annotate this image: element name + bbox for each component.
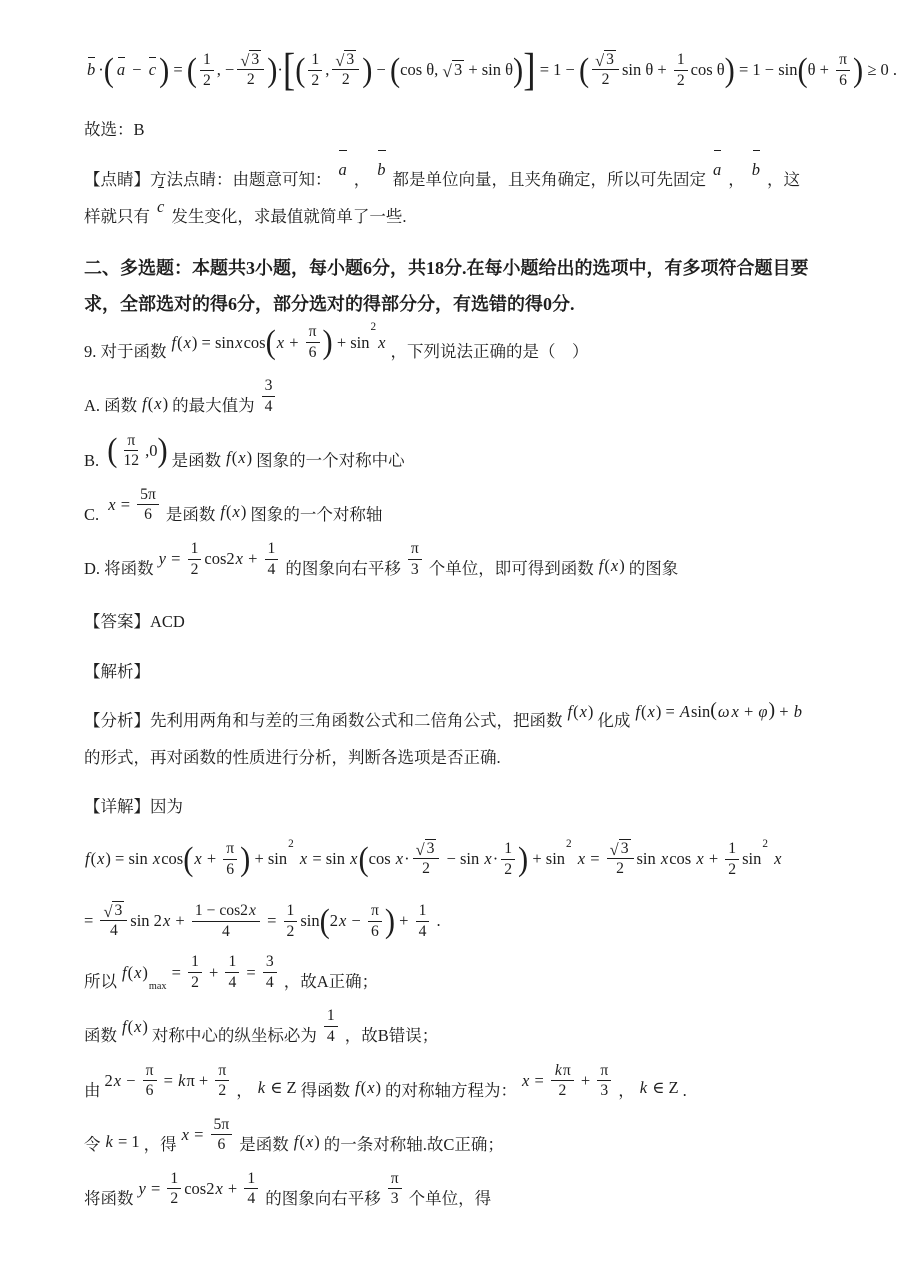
- paragraph: 【详解】因为: [84, 789, 816, 824]
- math-formula: 14: [321, 1006, 341, 1046]
- paragraph: 故选：B: [84, 112, 816, 147]
- text-run: ，: [236, 1080, 253, 1099]
- text-run: 的图象向右平移: [265, 1189, 381, 1208]
- text-run: 【详解】因为: [84, 797, 183, 816]
- paragraph: 【分析】先利用两角和与差的三角函数公式和二倍角公式，把函数f(x)化成f(x) …: [84, 703, 816, 775]
- text-run: 9. 对于函数: [84, 342, 167, 361]
- paragraph: C. x = 5π6是函数f(x)图象的一个对称轴: [84, 496, 816, 536]
- text-run: 化成: [597, 711, 630, 730]
- text-run: 所以: [84, 972, 117, 991]
- text-run: 的对称轴方程为：: [385, 1080, 517, 1099]
- paragraph: 所以f(x)max = 12 + 14 = 34，故A正确；: [84, 963, 816, 1003]
- formula-line: b·(a − c) = (12, −√32)·[(12,√32) − (cos …: [84, 50, 816, 90]
- text-run: 是函数: [239, 1135, 289, 1154]
- math-formula: f(x) = sinxcos(x + π6) + sin2x: [171, 322, 387, 362]
- text-run: 的图象: [629, 559, 679, 578]
- math-formula: x = 5π6: [181, 1115, 236, 1155]
- text-run: ，故A正确；: [284, 972, 378, 991]
- paragraph: 【解析】: [84, 654, 816, 689]
- paragraph: B. (π12,0)是函数f(x)图象的一个对称中心: [84, 442, 816, 482]
- math-formula: f(x) = Asin(ωx + φ) + b: [634, 694, 803, 729]
- math-formula: b·(a − c) = (12, −√32)·[(12,√32) − (cos …: [84, 50, 897, 90]
- text-run: 【点睛】方法点睛：由题意可知：: [84, 170, 332, 189]
- section-heading: 二、多选题：本题共3小题，每小题6分，共18分.在每小题给出的选项中，有多项符合…: [84, 250, 816, 324]
- math-formula: π3: [405, 539, 425, 579]
- math-formula: f(x) = sin xcos(x + π6) + sin2 x = sin x…: [84, 839, 782, 879]
- text-run: 由: [84, 1080, 101, 1099]
- math-formula: f(x)max = 12 + 14 = 34: [121, 952, 280, 992]
- text-run: 的形式，再对函数的性质进行分析，判断各选项是否正确.: [84, 748, 501, 767]
- text-run: 个单位，即可得到函数: [429, 559, 594, 578]
- text-run: 将函数: [84, 1189, 134, 1208]
- text-run: 【答案】ACD: [84, 612, 185, 631]
- math-formula: f(x): [225, 440, 252, 475]
- text-run: ，得: [144, 1135, 177, 1154]
- math-formula: a: [710, 152, 724, 187]
- text-run: B.: [84, 450, 103, 469]
- text-run: D. 将函数: [84, 559, 154, 578]
- text-run: 图象的一个对称轴: [250, 505, 382, 524]
- text-run: ，故B错误；: [345, 1026, 439, 1045]
- text-run: 的最大值为: [172, 396, 255, 415]
- math-formula: y = 12cos2x + 14: [138, 1169, 262, 1209]
- text-run: 都是单位向量，且夹角确定，所以可先固定: [393, 170, 707, 189]
- math-formula: f(x): [598, 548, 625, 583]
- math-formula: c: [154, 189, 167, 224]
- text-run: 令: [84, 1135, 101, 1154]
- paragraph: 令k = 1，得x = 5π6是函数f(x)的一条对称轴.故C正确；: [84, 1126, 816, 1166]
- text-run: 发生变化，求最值就简单了一些.: [171, 207, 406, 226]
- paragraph: 函数f(x)对称中心的纵坐标必为14，故B错误；: [84, 1017, 816, 1057]
- paragraph: 9. 对于函数f(x) = sinxcos(x + π6) + sin2x，下列…: [84, 333, 816, 373]
- text-run: 得函数: [301, 1080, 351, 1099]
- document-page: b·(a − c) = (12, −√32)·[(12,√32) − (cos …: [0, 0, 900, 1220]
- text-run: 【分析】先利用两角和与差的三角函数公式和二倍角公式，把函数: [84, 711, 563, 730]
- paragraph: 【答案】ACD: [84, 604, 816, 639]
- math-formula: π3: [385, 1169, 405, 1209]
- text-run: 的图象向右平移: [285, 559, 401, 578]
- text-run: A. 函数: [84, 396, 137, 415]
- math-formula: k ∈ Z: [639, 1070, 679, 1105]
- math-formula: 34: [259, 376, 279, 416]
- math-formula: x = kπ2 + π3: [521, 1061, 614, 1101]
- formula-line: = √34sin 2x + 1 − cos2x4 = 12sin(2x − π6…: [84, 901, 816, 941]
- formula-line: f(x) = sin xcos(x + π6) + sin2 x = sin x…: [84, 839, 816, 879]
- math-formula: k = 1: [105, 1124, 140, 1159]
- text-run: ，: [728, 170, 745, 189]
- text-run: 二、多选题：本题共3小题，每小题6分，共18分.在每小题给出的选项中，有多项符合…: [84, 258, 809, 315]
- text-run: 函数: [84, 1026, 117, 1045]
- text-run: 图象的一个对称中心: [256, 450, 405, 469]
- math-formula: f(x): [121, 1009, 148, 1044]
- math-formula: f(x): [141, 386, 168, 421]
- paragraph: 【点睛】方法点睛：由题意可知：a，b都是单位向量，且夹角确定，所以可先固定a，b…: [84, 162, 816, 236]
- paragraph: A. 函数f(x)的最大值为34: [84, 387, 816, 427]
- text-run: C.: [84, 505, 103, 524]
- math-formula: k ∈ Z: [257, 1070, 297, 1105]
- math-formula: f(x): [293, 1124, 320, 1159]
- math-formula: y = 12cos2x + 14: [158, 539, 282, 579]
- text-run: ，: [618, 1080, 635, 1099]
- document-body: b·(a − c) = (12, −√32)·[(12,√32) − (cos …: [84, 50, 816, 1220]
- math-formula: b: [374, 152, 388, 187]
- text-run: 是函数: [172, 450, 222, 469]
- text-run: 是函数: [166, 505, 216, 524]
- text-run: 对称中心的纵坐标必为: [152, 1026, 317, 1045]
- text-run: ，下列说法正确的是（ ）: [390, 342, 588, 361]
- text-run: 个单位，得: [409, 1189, 492, 1208]
- math-formula: b: [749, 152, 763, 187]
- text-run: 【解析】: [84, 662, 150, 681]
- math-formula: (π12,0): [107, 431, 167, 471]
- math-formula: f(x): [354, 1070, 381, 1105]
- paragraph: D. 将函数y = 12cos2x + 14的图象向右平移π3个单位，即可得到函…: [84, 550, 816, 590]
- paragraph: 由2x − π6 = kπ + π2，k ∈ Z得函数f(x)的对称轴方程为：x…: [84, 1072, 816, 1112]
- text-run: .: [683, 1080, 687, 1099]
- text-run: 的一条对称轴.故C正确；: [324, 1135, 504, 1154]
- text-run: 故选：B: [84, 120, 145, 139]
- math-formula: a: [336, 152, 350, 187]
- math-formula: x = 5π6: [107, 485, 162, 525]
- paragraph: 将函数y = 12cos2x + 14的图象向右平移π3个单位，得: [84, 1180, 816, 1220]
- math-formula: 2x − π6 = kπ + π2: [105, 1061, 233, 1101]
- text-run: ，: [354, 170, 371, 189]
- math-formula: f(x): [567, 694, 594, 729]
- math-formula: = √34sin 2x + 1 − cos2x4 = 12sin(2x − π6…: [84, 901, 441, 941]
- math-formula: f(x): [219, 494, 246, 529]
